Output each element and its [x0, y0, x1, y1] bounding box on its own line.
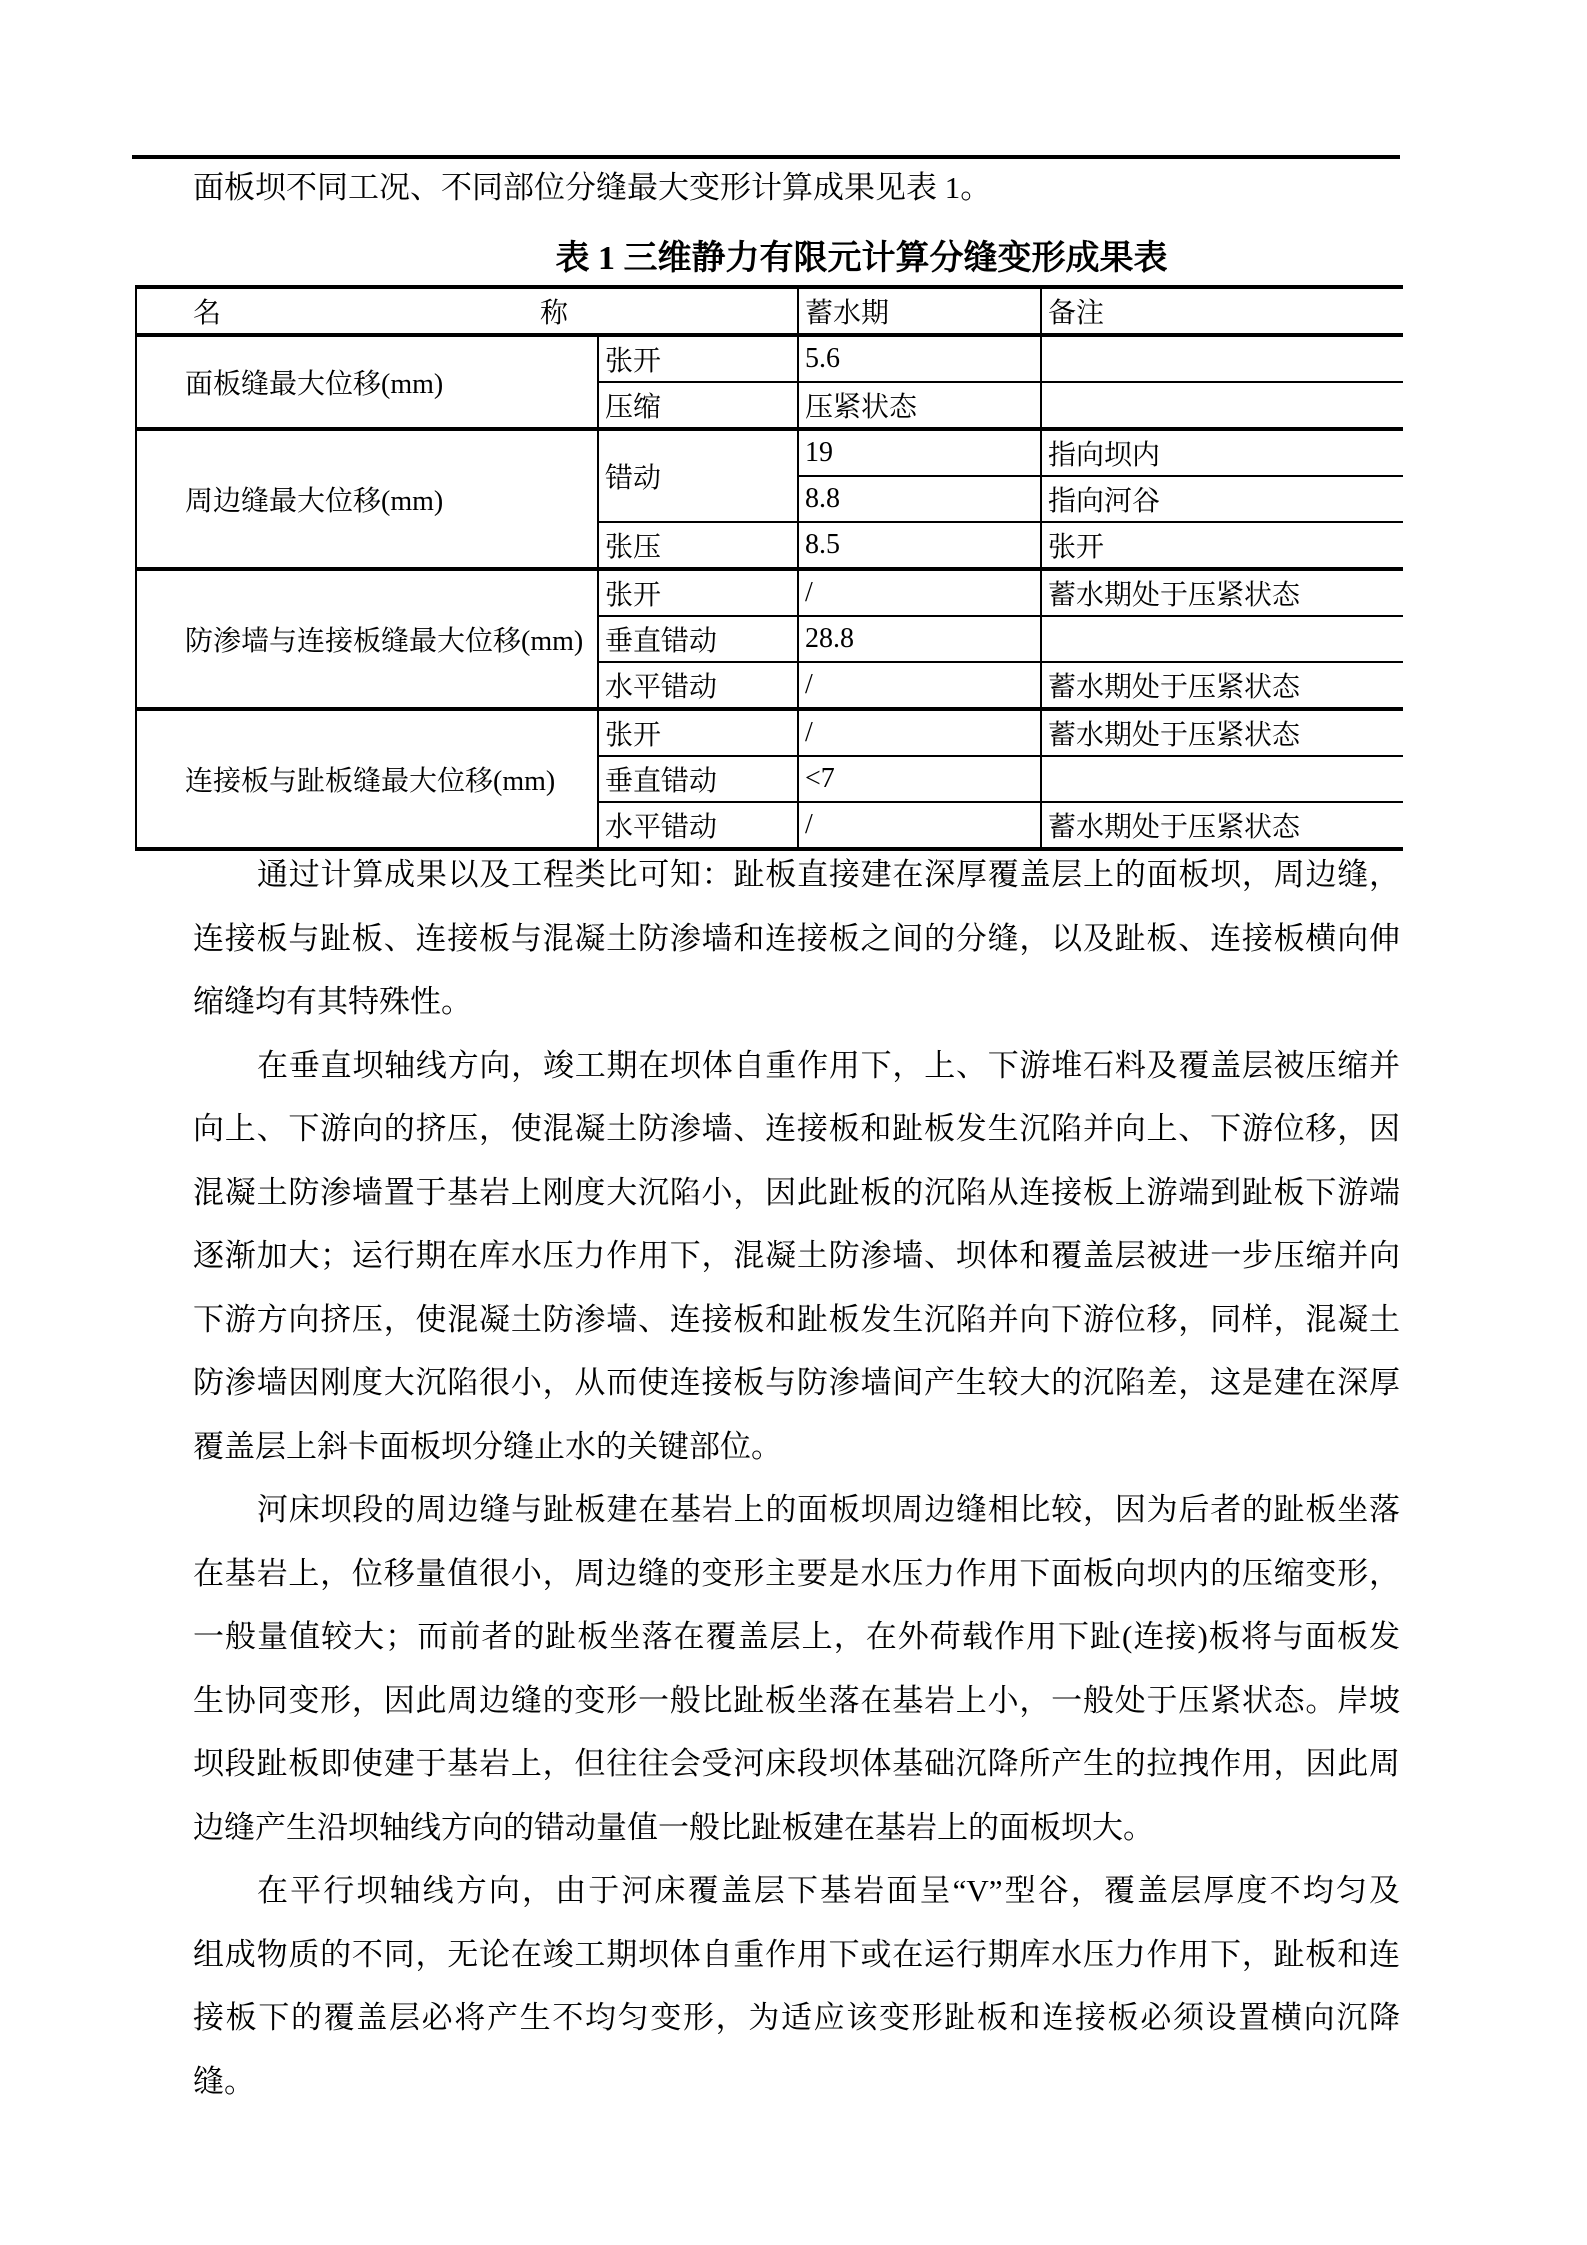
paragraph: 在平行坝轴线方向，由于河床覆盖层下基岩面呈“V”型谷，覆盖层厚度不均匀及组成物质…	[193, 1859, 1400, 2113]
text-line: 缝。	[193, 2050, 1400, 2114]
table-row: 防渗墙与连接板缝最大位移(mm) 张开 / 蓄水期处于压紧状态	[136, 569, 1403, 616]
text-line: 边缝产生沿坝轴线方向的错动量值一般比趾板建在基岩上的面板坝大。	[193, 1796, 1400, 1860]
sub-label-cell: 张开	[598, 569, 798, 616]
text-line: 覆盖层上斜卡面板坝分缝止水的关键部位。	[193, 1415, 1400, 1479]
row-label-cell: 连接板与趾板缝最大位移(mm)	[136, 709, 598, 849]
sub-label-cell: 张压	[598, 522, 798, 569]
remark-cell	[1041, 335, 1403, 382]
remark-header-cell: 备注	[1041, 287, 1403, 335]
table-title: 表 1 三维静力有限元计算分缝变形成果表	[193, 236, 1400, 282]
row-label-cell: 防渗墙与连接板缝最大位移(mm)	[136, 569, 598, 709]
value-cell: <7	[798, 756, 1041, 802]
value-cell: 19	[798, 429, 1041, 476]
table-row: 周边缝最大位移(mm) 错动 19 指向坝内	[136, 429, 1403, 476]
sub-label-cell: 张开	[598, 335, 798, 382]
text-line: 在平行坝轴线方向，由于河床覆盖层下基岩面呈“V”型谷，覆盖层厚度不均匀及	[193, 1859, 1400, 1923]
sub-label-cell: 张开	[598, 709, 798, 756]
paragraph: 在垂直坝轴线方向，竣工期在坝体自重作用下，上、下游堆石料及覆盖层被压缩并向上、下…	[193, 1034, 1400, 1479]
value-cell: 5.6	[798, 335, 1041, 382]
text-line: 生协同变形，因此周边缝的变形一般比趾板坐落在基岩上小，一般处于压紧状态。岸坡	[193, 1669, 1400, 1733]
value-cell: 压紧状态	[798, 382, 1041, 429]
remark-cell: 蓄水期处于压紧状态	[1041, 709, 1403, 756]
text-line: 接板下的覆盖层必将产生不均匀变形，为适应该变形趾板和连接板必须设置横向沉降	[193, 1986, 1400, 2050]
sub-label-cell: 垂直错动	[598, 616, 798, 662]
text-line: 组成物质的不同，无论在竣工期坝体自重作用下或在运行期库水压力作用下，趾板和连	[193, 1923, 1400, 1987]
sub-label-cell: 水平错动	[598, 802, 798, 849]
text-line: 向上、下游向的挤压，使混凝土防渗墙、连接板和趾板发生沉陷并向上、下游位移，因	[193, 1097, 1400, 1161]
sub-label-cell: 水平错动	[598, 662, 798, 709]
remark-cell	[1041, 756, 1403, 802]
value-cell: /	[798, 802, 1041, 849]
text-line: 防渗墙因刚度大沉陷很小，从而使连接板与防渗墙间产生较大的沉陷差，这是建在深厚	[193, 1351, 1400, 1415]
value-cell: /	[798, 569, 1041, 616]
sub-label-cell: 垂直错动	[598, 756, 798, 802]
remark-cell	[1041, 616, 1403, 662]
table-row: 面板缝最大位移(mm) 张开 5.6	[136, 335, 1403, 382]
remark-cell	[1041, 382, 1403, 429]
remark-cell: 指向河谷	[1041, 476, 1403, 522]
name-header-cell: 名 称	[136, 287, 798, 335]
value-cell: /	[798, 709, 1041, 756]
paragraphs: 通过计算成果以及工程类比可知：趾板直接建在深厚覆盖层上的面板坝，周边缝，连接板与…	[193, 843, 1400, 2113]
text-line: 混凝土防渗墙置于基岩上刚度大沉陷小，因此趾板的沉陷从连接板上游端到趾板下游端	[193, 1161, 1400, 1225]
name-header-right: 称	[540, 291, 568, 331]
table-row: 连接板与趾板缝最大位移(mm) 张开 / 蓄水期处于压紧状态	[136, 709, 1403, 756]
period-header-cell: 蓄水期	[798, 287, 1041, 335]
remark-cell: 张开	[1041, 522, 1403, 569]
text-line: 连接板与趾板、连接板与混凝土防渗墙和连接板之间的分缝，以及趾板、连接板横向伸	[193, 907, 1400, 971]
text-line: 通过计算成果以及工程类比可知：趾板直接建在深厚覆盖层上的面板坝，周边缝，	[193, 843, 1400, 907]
document-page: 面板坝不同工况、不同部位分缝最大变形计算成果见表 1。 表 1 三维静力有限元计…	[0, 0, 1587, 2245]
text-line: 逐渐加大；运行期在库水压力作用下，混凝土防渗墙、坝体和覆盖层被进一步压缩并向	[193, 1224, 1400, 1288]
table-header-row: 名 称 蓄水期 备注	[136, 287, 1403, 335]
results-table: 名 称 蓄水期 备注 面板缝最大位移(mm) 张开 5.6 压缩 压紧状态 周边…	[135, 285, 1403, 851]
value-cell: /	[798, 662, 1041, 709]
text-line: 一般量值较大；而前者的趾板坐落在覆盖层上，在外荷载作用下趾(连接)板将与面板发	[193, 1605, 1400, 1669]
remark-cell: 指向坝内	[1041, 429, 1403, 476]
value-cell: 8.5	[798, 522, 1041, 569]
text-line: 坝段趾板即使建于基岩上，但往往会受河床段坝体基础沉降所产生的拉拽作用，因此周	[193, 1732, 1400, 1796]
text-line: 在垂直坝轴线方向，竣工期在坝体自重作用下，上、下游堆石料及覆盖层被压缩并	[193, 1034, 1400, 1098]
intro-paragraph: 面板坝不同工况、不同部位分缝最大变形计算成果见表 1。	[193, 166, 1400, 210]
paragraph: 河床坝段的周边缝与趾板建在基岩上的面板坝周边缝相比较，因为后者的趾板坐落在基岩上…	[193, 1478, 1400, 1859]
sub-label-cell: 压缩	[598, 382, 798, 429]
remark-cell: 蓄水期处于压紧状态	[1041, 802, 1403, 849]
value-cell: 28.8	[798, 616, 1041, 662]
row-label-cell: 面板缝最大位移(mm)	[136, 335, 598, 429]
value-cell: 8.8	[798, 476, 1041, 522]
remark-cell: 蓄水期处于压紧状态	[1041, 662, 1403, 709]
text-line: 缩缝均有其特殊性。	[193, 970, 1400, 1034]
text-line: 在基岩上，位移量值很小，周边缝的变形主要是水压力作用下面板向坝内的压缩变形，	[193, 1542, 1400, 1606]
header-rule	[132, 155, 1400, 159]
text-line: 河床坝段的周边缝与趾板建在基岩上的面板坝周边缝相比较，因为后者的趾板坐落	[193, 1478, 1400, 1542]
sub-label-cell: 错动	[598, 429, 798, 522]
name-header-left: 名	[193, 291, 221, 331]
text-line: 下游方向挤压，使混凝土防渗墙、连接板和趾板发生沉陷并向下游位移，同样，混凝土	[193, 1288, 1400, 1352]
row-label-cell: 周边缝最大位移(mm)	[136, 429, 598, 569]
remark-cell: 蓄水期处于压紧状态	[1041, 569, 1403, 616]
paragraph: 通过计算成果以及工程类比可知：趾板直接建在深厚覆盖层上的面板坝，周边缝，连接板与…	[193, 843, 1400, 1034]
